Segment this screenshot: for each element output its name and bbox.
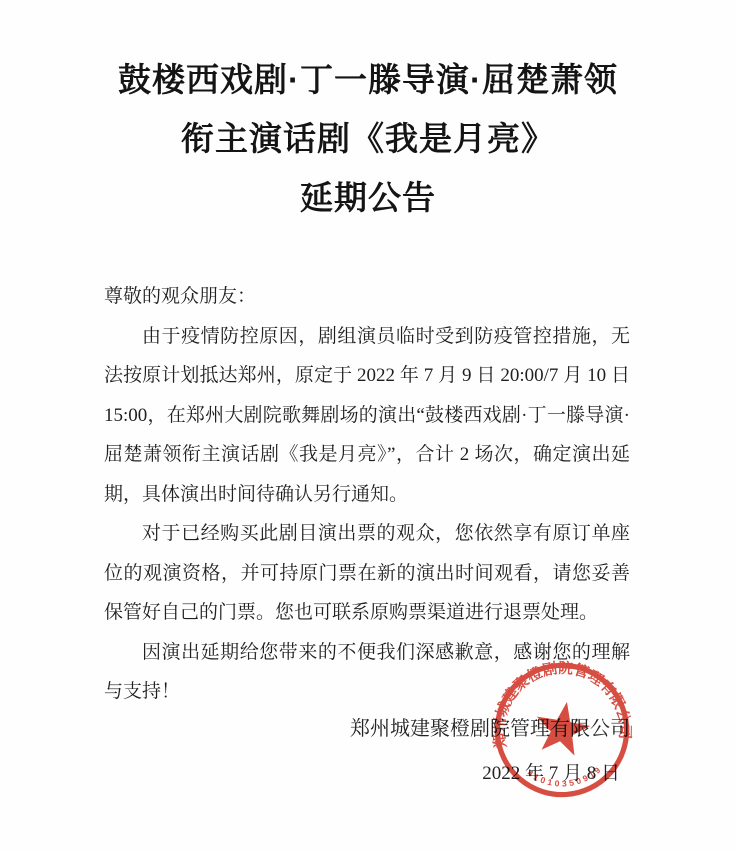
paragraph-1: 由于疫情防控原因，剧组演员临时受到防疫管控措施，无法按原计划抵达郑州，原定于 2… (104, 317, 630, 515)
announcement-document: 鼓楼西戏剧·丁一滕导演·屈楚萧领 衔主演话剧《我是月亮》 延期公告 尊敬的观众朋… (0, 0, 736, 851)
company-signature: 郑州城建聚橙剧院管理有限公司 (350, 712, 630, 741)
signature-block: 郑州城建聚橙剧院管理有限公司 2022 年 7 月 8 日 (350, 712, 630, 785)
document-body: 尊敬的观众朋友： 由于疫情防控原因，剧组演员临时受到防疫管控措施，无法按原计划抵… (104, 277, 630, 712)
document-date: 2022 年 7 月 8 日 (350, 758, 630, 785)
title-line-1: 鼓楼西戏剧·丁一滕导演·屈楚萧领 (0, 50, 736, 109)
paragraph-2: 对于已经购买此剧目演出票的观众，您依然享有原订单座位的观演资格，并可持原门票在新… (104, 514, 630, 633)
title-line-3: 延期公告 (0, 168, 736, 227)
paragraph-3: 因演出延期给您带来的不便我们深感歉意，感谢您的理解与支持！ (104, 633, 630, 712)
salutation: 尊敬的观众朋友： (104, 277, 630, 317)
title-line-2: 衔主演话剧《我是月亮》 (0, 109, 736, 168)
document-title: 鼓楼西戏剧·丁一滕导演·屈楚萧领 衔主演话剧《我是月亮》 延期公告 (0, 50, 736, 227)
